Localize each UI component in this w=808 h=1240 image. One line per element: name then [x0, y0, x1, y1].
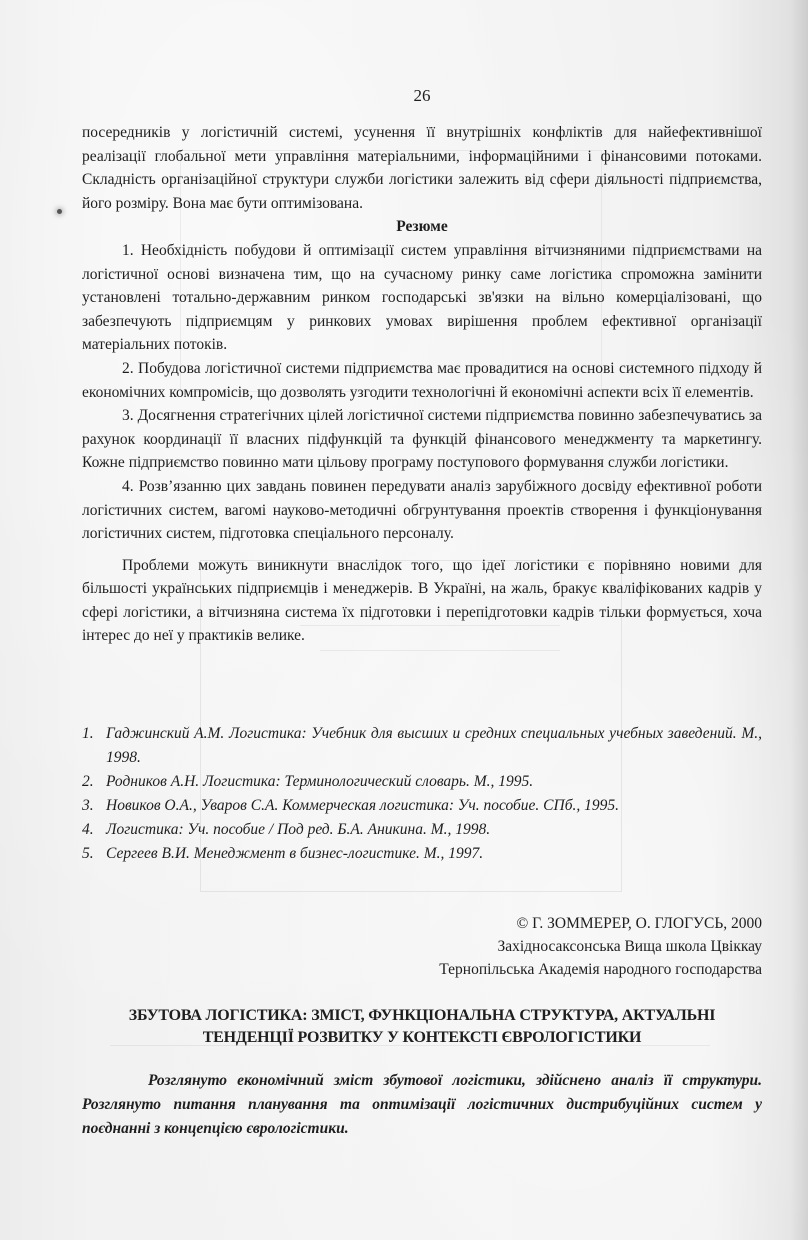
- reference-item: 2. Родников А.Н. Логистика: Терминологич…: [82, 770, 762, 794]
- article-title-line-1: ЗБУТОВА ЛОГІСТИКА: ЗМІСТ, ФУНКЦІОНАЛЬНА …: [82, 1005, 762, 1027]
- intro-paragraph: посередників у логістичній системі, усун…: [82, 121, 762, 215]
- summary-point-3: 3. Досягнення стратегічних цілей логісти…: [82, 404, 762, 475]
- author-block: © Г. ЗОММЕРЕР, О. ГЛОГУСЬ, 2000 Західнос…: [439, 912, 762, 981]
- intro-paragraph-block: посередників у логістичній системі, усун…: [82, 121, 762, 648]
- scan-speck: [57, 209, 62, 214]
- summary-heading: Резюме: [82, 215, 762, 239]
- reference-number: 2.: [82, 770, 94, 794]
- bleed-through-line: [320, 650, 560, 651]
- reference-number: 1.: [82, 722, 94, 746]
- reference-text: Логистика: Уч. пособие / Под ред. Б.А. А…: [106, 821, 490, 838]
- page-edge-shadow: [790, 0, 808, 1240]
- summary-closing: Проблеми можуть виникнути внаслідок того…: [82, 554, 762, 648]
- reference-text: Родников А.Н. Логистика: Терминологическ…: [106, 773, 533, 790]
- summary-point-2: 2. Побудова логістичної системи підприєм…: [82, 357, 762, 404]
- reference-number: 4.: [82, 818, 94, 842]
- article-abstract: Розглянуто економічний зміст збутової ло…: [82, 1069, 762, 1141]
- reference-list: 1. Гаджинский А.М. Логистика: Учебник дл…: [82, 722, 762, 866]
- scanned-page: 26 посередників у логістичній системі, у…: [0, 0, 808, 1240]
- page-number: 26: [82, 86, 762, 106]
- reference-item: 1. Гаджинский А.М. Логистика: Учебник дл…: [82, 722, 762, 770]
- copyright-line: © Г. ЗОММЕРЕР, О. ГЛОГУСЬ, 2000: [439, 912, 762, 935]
- reference-number: 5.: [82, 842, 94, 866]
- reference-number: 3.: [82, 794, 94, 818]
- summary-point-1: 1. Необхідність побудови й оптимізації с…: [82, 239, 762, 357]
- article-title-line-2: ТЕНДЕНЦІЇ РОЗВИТКУ У КОНТЕКСТІ ЄВРОЛОГІС…: [82, 1027, 762, 1049]
- reference-item: 4. Логистика: Уч. пособие / Под ред. Б.А…: [82, 818, 762, 842]
- affiliation-2: Тернопільська Академія народного господа…: [439, 958, 762, 981]
- summary-point-4: 4. Розв’язанню цих завдань повинен перед…: [82, 475, 762, 546]
- reference-item: 5. Сергеев В.И. Менеджмент в бизнес-логи…: [82, 842, 762, 866]
- article-title: ЗБУТОВА ЛОГІСТИКА: ЗМІСТ, ФУНКЦІОНАЛЬНА …: [82, 1005, 762, 1049]
- reference-text: Гаджинский А.М. Логистика: Учебник для в…: [106, 725, 762, 766]
- reference-text: Новиков О.А., Уваров С.А. Коммерческая л…: [106, 797, 619, 814]
- affiliation-1: Західносаксонська Вища школа Цвіккау: [439, 935, 762, 958]
- reference-item: 3. Новиков О.А., Уваров С.А. Коммерческа…: [82, 794, 762, 818]
- reference-text: Сергеев В.И. Менеджмент в бизнес-логисти…: [106, 845, 483, 862]
